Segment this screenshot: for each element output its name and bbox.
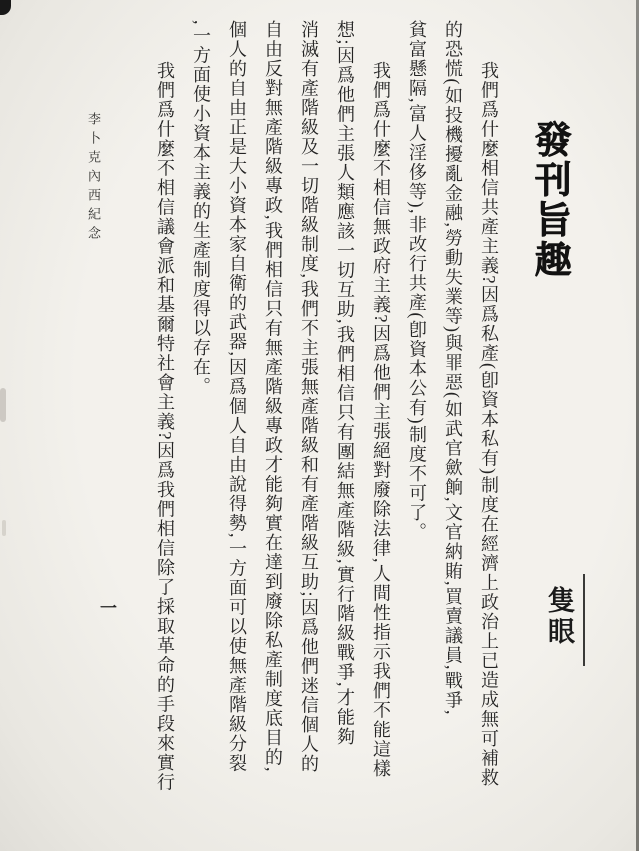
text-column: 個人的自由正是大小資本家自衛的武器,因爲個人自由說得勢,一方面可以使無產階級分裂: [219, 20, 255, 834]
text-column: 貧富懸隔,富人淫侈等),非改行共產(卽資本公有)制度不可了。: [399, 20, 435, 834]
text-column: 消滅有產階級及一切階級制度,我們不主張無產階級和有產階級互助;因爲他們迷信個人的: [291, 20, 327, 834]
page-number: 一: [100, 594, 117, 619]
scan-smudge-artifact: [0, 388, 6, 422]
scan-blot-artifact: [0, 0, 11, 15]
text-column: 我們爲什麼相信共產主義?因爲私產(卽資本私有)制度在經濟上政治上已造成無可補救: [471, 20, 507, 834]
text-column: 我們爲什麼不相信議會派和基爾特社會主義?因爲我們相信除了採取革命的手段來實行: [147, 20, 183, 834]
scanned-document-page: 發刊旨趣 隻眼 我們爲什麼相信共產主義?因爲私產(卽資本私有)制度在經濟上政治上…: [0, 0, 639, 851]
text-column: 想;因爲他們主張人類應該一切互助,我們相信只有團結無產階級,實行階級戰爭,才能夠: [327, 20, 363, 834]
author-pen-name: 隻眼: [540, 586, 579, 648]
body-text: 我們爲什麼相信共產主義?因爲私產(卽資本私有)制度在經濟上政治上已造成無可補救 …: [147, 20, 507, 834]
margin-note: 李卜克內西紀念: [84, 112, 103, 245]
page-title: 發刊旨趣: [521, 120, 575, 280]
proper-name-mark: [583, 574, 585, 666]
scan-smudge-artifact: [2, 520, 6, 536]
text-column: 的恐慌(如投機擾亂金融,勞動失業等)與罪惡(如武官歛餉,文官納賄,買賣議員,戰爭…: [435, 20, 471, 834]
text-column: 我們爲什麼不相信無政府主義?因爲他們主張絕對廢除法律,人間性指示我們不能這樣: [363, 20, 399, 834]
text-column: ,一方面使小資本主義的生產制度得以存在。: [183, 20, 219, 834]
text-column: 自由反對無產階級專政,我們相信只有無產階級專政才能夠實在達到廢除私產制度底目的,: [255, 20, 291, 834]
